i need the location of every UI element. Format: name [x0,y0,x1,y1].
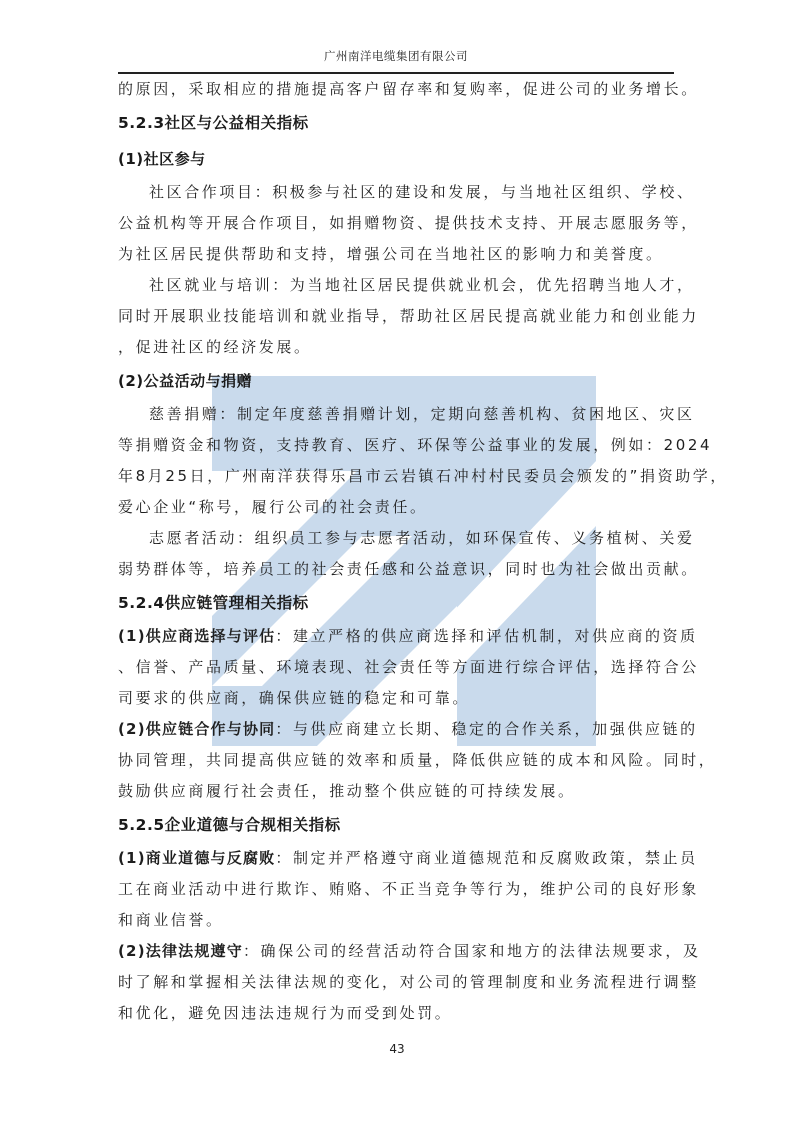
paragraph-line: 司要求的供应商，确保供应链的稳定和可靠。 [118,683,678,714]
item-text: ：确保公司的经营活动符合国家和地方的法律法规要求，及 [243,942,701,960]
item-label: (1)商业道德与反腐败 [118,849,275,867]
paragraph-line: (1)供应商选择与评估：建立严格的供应商选择和评估机制，对供应商的资质 [118,621,678,652]
section-heading-5-2-5: 5.2.5企业道德与合规相关指标 [118,807,678,843]
section-heading-5-2-3: 5.2.3社区与公益相关指标 [118,105,678,141]
paragraph-line: 和优化，避免因违法违规行为而受到处罚。 [118,998,678,1029]
paragraph-line: 公益机构等开展合作项目，如捐赠物资、提供技术支持、开展志愿服务等， [118,208,678,239]
subsection-heading-charity: (2)公益活动与捐赠 [118,363,678,399]
paragraph-line: 为社区居民提供帮助和支持，增强公司在当地社区的影响力和美誉度。 [118,239,678,270]
item-text: ：制定并严格遵守商业道德规范和反腐败政策，禁止员 [275,849,697,867]
paragraph-line: 爱心企业“称号，履行公司的社会责任。 [118,492,678,523]
section-heading-5-2-4: 5.2.4供应链管理相关指标 [118,585,678,621]
document-body: 的原因，采取相应的措施提高客户留存率和复购率，促进公司的业务增长。 5.2.3社… [118,74,678,1029]
paragraph-line: 弱势群体等，培养员工的社会责任感和公益意识，同时也为社会做出贡献。 [118,554,678,585]
paragraph-line: (2)法律法规遵守：确保公司的经营活动符合国家和地方的法律法规要求，及 [118,936,678,967]
paragraph-line: 志愿者活动：组织员工参与志愿者活动，如环保宣传、义务植树、关爱 [118,523,678,554]
paragraph-line: 年8月25日，广州南洋获得乐昌市云岩镇石冲村村民委员会颁发的”捐资助学， [118,461,678,492]
paragraph-line: 同时开展职业技能培训和就业指导，帮助社区居民提高就业能力和创业能力 [118,301,678,332]
subsection-heading-community: (1)社区参与 [118,141,678,177]
paragraph-line: ，促进社区的经济发展。 [118,332,678,363]
item-label: (2)供应链合作与协同 [118,720,275,738]
paragraph-line: 工在商业活动中进行欺诈、贿赂、不正当竞争等行为，维护公司的良好形象 [118,874,678,905]
item-text: ：与供应商建立长期、稳定的合作关系，加强供应链的 [275,720,697,738]
paragraph-line: 等捐赠资金和物资，支持教育、医疗、环保等公益事业的发展，例如：2024 [118,430,678,461]
item-label: (1)供应商选择与评估 [118,627,275,645]
paragraph-line: 社区合作项目：积极参与社区的建设和发展，与当地社区组织、学校、 [118,177,678,208]
paragraph-line: 、信誉、产品质量、环境表现、社会责任等方面进行综合评估，选择符合公 [118,652,678,683]
paragraph-line: (1)商业道德与反腐败：制定并严格遵守商业道德规范和反腐败政策，禁止员 [118,843,678,874]
page-number: 43 [0,1042,794,1056]
paragraph-line: 慈善捐赠：制定年度慈善捐赠计划，定期向慈善机构、贫困地区、灾区 [118,399,678,430]
paragraph-line: 社区就业与培训：为当地社区居民提供就业机会，优先招聘当地人才， [118,270,678,301]
page-header-company: 广州南洋电缆集团有限公司 [118,48,674,64]
paragraph-line: (2)供应链合作与协同：与供应商建立长期、稳定的合作关系，加强供应链的 [118,714,678,745]
paragraph-line: 和商业信誉。 [118,905,678,936]
item-text: ：建立严格的供应商选择和评估机制，对供应商的资质 [275,627,697,645]
paragraph-line: 的原因，采取相应的措施提高客户留存率和复购率，促进公司的业务增长。 [118,74,678,105]
paragraph-line: 鼓励供应商履行社会责任，推动整个供应链的可持续发展。 [118,776,678,807]
paragraph-line: 时了解和掌握相关法律法规的变化，对公司的管理制度和业务流程进行调整 [118,967,678,998]
item-label: (2)法律法规遵守 [118,942,243,960]
paragraph-line: 协同管理，共同提高供应链的效率和质量，降低供应链的成本和风险。同时， [118,745,678,776]
